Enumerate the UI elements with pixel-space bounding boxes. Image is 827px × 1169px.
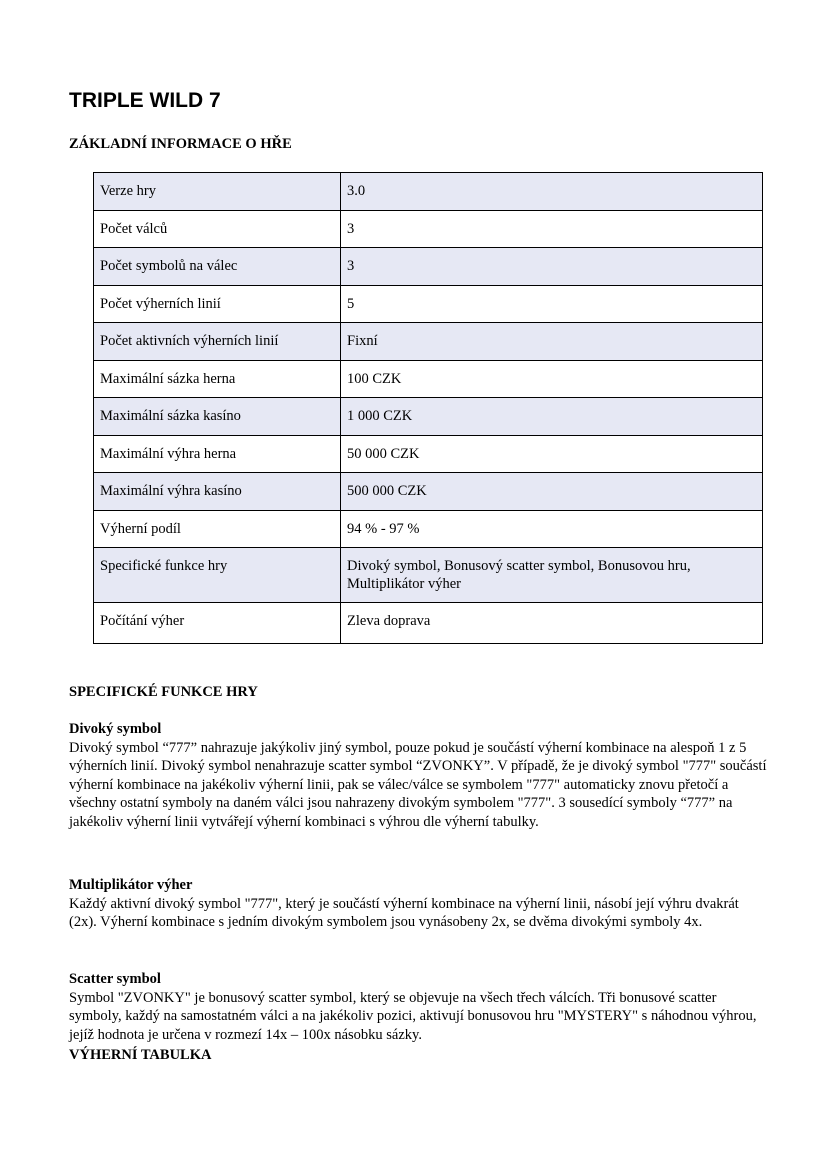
feature-body: Každý aktivní divoký symbol "777", který… xyxy=(69,895,769,932)
row-value: 5 xyxy=(341,285,763,323)
paytable-heading: VÝHERNÍ TABULKA xyxy=(69,1046,211,1064)
row-value: 1 000 CZK xyxy=(341,398,763,436)
basic-info-heading: ZÁKLADNÍ INFORMACE O HŘE xyxy=(69,135,292,153)
row-value: 100 CZK xyxy=(341,360,763,398)
document-page: TRIPLE WILD 7 ZÁKLADNÍ INFORMACE O HŘE V… xyxy=(0,0,827,1169)
row-value: Fixní xyxy=(341,323,763,361)
row-label: Počet výherních linií xyxy=(94,285,341,323)
row-label: Maximální sázka herna xyxy=(94,360,341,398)
feature-wild-symbol: Divoký symbol Divoký symbol “777” nahraz… xyxy=(69,720,769,832)
row-label: Počet válců xyxy=(94,210,341,248)
table-row: Specifické funkce hry Divoký symbol, Bon… xyxy=(94,548,763,603)
table-row: Počet válců 3 xyxy=(94,210,763,248)
table-row: Počet symbolů na válec 3 xyxy=(94,248,763,286)
table-row: Verze hry 3.0 xyxy=(94,173,763,211)
feature-win-multiplier: Multiplikátor výher Každý aktivní divoký… xyxy=(69,876,769,932)
row-value: Zleva doprava xyxy=(341,603,763,644)
document-title: TRIPLE WILD 7 xyxy=(69,88,221,114)
row-value: Divoký symbol, Bonusový scatter symbol, … xyxy=(341,548,763,603)
row-label: Verze hry xyxy=(94,173,341,211)
feature-body: Divoký symbol “777” nahrazuje jakýkoliv … xyxy=(69,739,769,832)
row-label: Maximální výhra kasíno xyxy=(94,473,341,511)
row-value: 3 xyxy=(341,248,763,286)
row-value: 50 000 CZK xyxy=(341,435,763,473)
row-value: 500 000 CZK xyxy=(341,473,763,511)
table-row: Počítání výher Zleva doprava xyxy=(94,603,763,644)
specific-features-heading: SPECIFICKÉ FUNKCE HRY xyxy=(69,683,258,701)
feature-title: Divoký symbol xyxy=(69,720,769,739)
row-label: Maximální sázka kasíno xyxy=(94,398,341,436)
table-row: Maximální sázka herna 100 CZK xyxy=(94,360,763,398)
feature-title: Scatter symbol xyxy=(69,970,769,989)
table-row: Počet aktivních výherních linií Fixní xyxy=(94,323,763,361)
table-row: Maximální výhra kasíno 500 000 CZK xyxy=(94,473,763,511)
row-label: Specifické funkce hry xyxy=(94,548,341,603)
basic-info-table: Verze hry 3.0 Počet válců 3 Počet symbol… xyxy=(93,172,763,644)
feature-scatter-symbol: Scatter symbol Symbol "ZVONKY" je bonuso… xyxy=(69,970,769,1044)
table-row: Výherní podíl 94 % - 97 % xyxy=(94,510,763,548)
feature-body: Symbol "ZVONKY" je bonusový scatter symb… xyxy=(69,989,769,1045)
row-label: Počet aktivních výherních linií xyxy=(94,323,341,361)
row-value: 94 % - 97 % xyxy=(341,510,763,548)
row-value: 3.0 xyxy=(341,173,763,211)
table-row: Maximální sázka kasíno 1 000 CZK xyxy=(94,398,763,436)
row-value: 3 xyxy=(341,210,763,248)
row-label: Výherní podíl xyxy=(94,510,341,548)
row-label: Maximální výhra herna xyxy=(94,435,341,473)
table-row: Maximální výhra herna 50 000 CZK xyxy=(94,435,763,473)
row-label: Počítání výher xyxy=(94,603,341,644)
table-row: Počet výherních linií 5 xyxy=(94,285,763,323)
feature-title: Multiplikátor výher xyxy=(69,876,769,895)
row-label: Počet symbolů na válec xyxy=(94,248,341,286)
